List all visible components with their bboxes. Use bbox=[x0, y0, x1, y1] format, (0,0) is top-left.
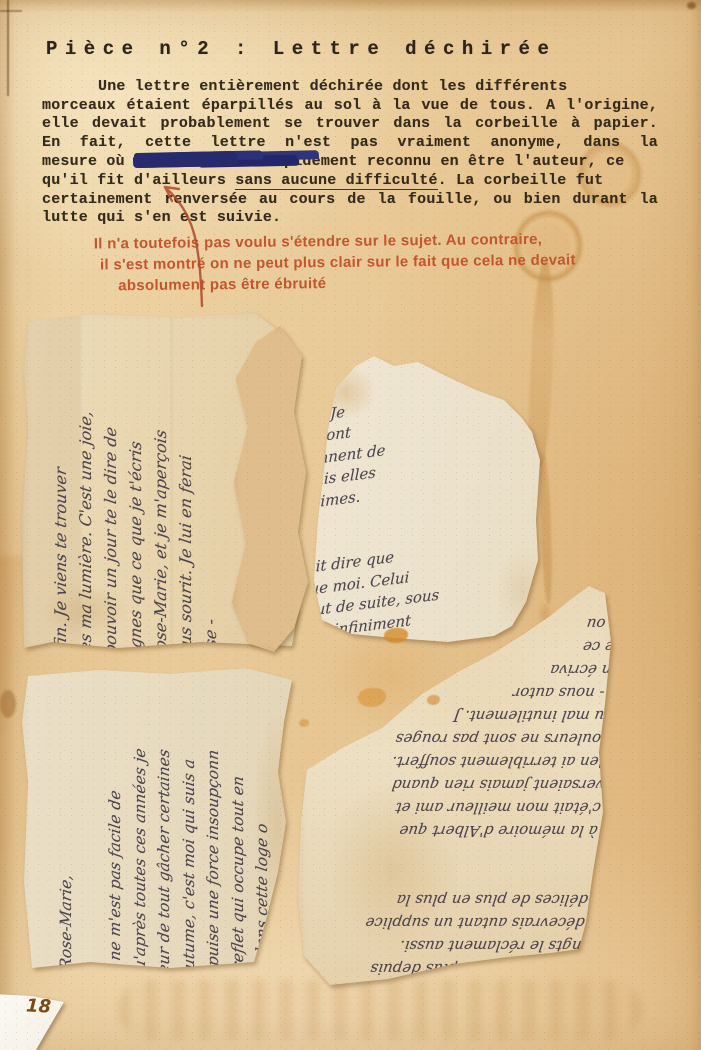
typed-line: lutte qui s'en est suivie. bbox=[42, 209, 658, 228]
typed-text: mesure où bbox=[42, 153, 134, 170]
text-line bbox=[303, 842, 596, 865]
text-line: c'était mon meilleur ami et bbox=[309, 796, 602, 819]
typed-text: . La corbeille fut bbox=[438, 172, 604, 189]
torn-letter-piece-bottom-left: Rose-Marie, Il ne m'est pas facile dequ'… bbox=[20, 662, 312, 980]
text-line: à la mémoire d'Albert que bbox=[306, 819, 599, 842]
handwriting-block-upside-down: ne me suffisent plus depuisngts le récla… bbox=[287, 590, 632, 980]
typed-line: Une lettre entièrement déchirée dont les… bbox=[42, 78, 658, 97]
corner-paper: 18 bbox=[0, 986, 72, 1050]
text-line: j'en ai terriblement souffert. bbox=[316, 750, 609, 773]
text-line: du mal inutilement. J bbox=[322, 704, 615, 727]
page-crease-horizontal bbox=[0, 10, 22, 12]
text-line: ne me suffisent plus depuis bbox=[287, 957, 580, 980]
torn-paper: ne me suffisent plus depuisngts le récla… bbox=[296, 580, 618, 992]
text-line: m bbox=[338, 589, 631, 612]
text-line: se ou bbox=[335, 612, 628, 635]
page-crease-vertical bbox=[7, 0, 9, 96]
text-line: elle devait probablement se trouver dans… bbox=[42, 115, 658, 134]
text-line: pouvoir un jour te le dire de bbox=[98, 323, 123, 657]
typed-text: a rapidement reconnu en être l'auteur, c… bbox=[238, 153, 624, 170]
underlined-phrase: sans aucune difficulté bbox=[235, 172, 437, 190]
text-line: lignes que ce que je t'écris bbox=[123, 327, 148, 661]
text-line: décevrais autant un supplice bbox=[293, 911, 586, 934]
typed-line-redacted: mesure où a rapidement reconnu en être l… bbox=[42, 152, 658, 172]
page-number: 18 bbox=[26, 997, 52, 1016]
text-line: Rose-Marie, et je m'aperçois bbox=[148, 330, 173, 664]
typed-paragraph: Une lettre entièrement déchirée dont les… bbox=[42, 78, 658, 228]
text-line: J'y puise une force insoupçonn bbox=[201, 689, 226, 992]
text-line: coutume, c'est moi qui suis a bbox=[177, 685, 202, 988]
text-line: Rose - bbox=[198, 337, 223, 671]
typed-line-underlined: qu'il fit d'ailleurs sans aucune difficu… bbox=[42, 172, 658, 191]
page-corner: 18 bbox=[0, 986, 72, 1050]
annotation-arrow-icon bbox=[140, 170, 230, 310]
text-line: Rose-Marie, bbox=[54, 668, 79, 971]
text-line: douleurs ne sont pas rouges bbox=[319, 727, 612, 750]
text-line: morceaux étaient éparpillés au sol à la … bbox=[42, 97, 658, 116]
torn-paper: Rose-Marie, Il ne m'est pas facile dequ'… bbox=[20, 662, 312, 980]
book-page: Pièce n°2 : Lettre déchirée Une lettre e… bbox=[0, 0, 701, 1050]
handwriting-block: Rose-Marie, Il ne m'est pas facile dequ'… bbox=[54, 668, 299, 1002]
text-line: Il ne m'est pas facile de bbox=[103, 675, 128, 978]
text-line bbox=[300, 865, 593, 888]
text-line: on reflet qui occupe tout en bbox=[226, 692, 251, 995]
text-line: s - nous autor bbox=[325, 681, 618, 704]
torn-letter-piece-bottom-right: ne me suffisent plus depuisngts le récla… bbox=[296, 580, 618, 992]
text-line: t ici, dans cette loge o bbox=[250, 696, 275, 999]
text-line: nous sourit. Je lui en ferai bbox=[173, 334, 198, 668]
page-title: Pièce n°2 : Lettre déchirée bbox=[46, 40, 556, 59]
text-line bbox=[79, 671, 104, 974]
left-margin-spot bbox=[0, 690, 16, 718]
text-line: délices de plus en plus la bbox=[296, 888, 589, 911]
text-line: es ma lumière. C'est une joie, bbox=[73, 320, 98, 654]
corner-speck bbox=[687, 2, 696, 9]
text-line: fin. Je viens te trouver bbox=[48, 316, 73, 650]
text-line: En fait, cette lettre n'est pas vraiment… bbox=[42, 134, 658, 153]
ink-redaction-scribble bbox=[134, 151, 238, 168]
typed-line: certainement renversée au cours de la fo… bbox=[42, 191, 658, 210]
text-line: de ce bbox=[332, 635, 625, 658]
text-line: versaient jamais rien quand bbox=[312, 773, 605, 796]
text-line: peur de tout gâcher certaines bbox=[152, 682, 177, 985]
typed-lines-block: morceaux étaient éparpillés au sol à la … bbox=[42, 97, 658, 153]
text-line: ngts le réclament aussi. bbox=[290, 934, 583, 957]
text-line: qu'après toutes ces années je bbox=[128, 678, 153, 981]
text-line: en écriva bbox=[329, 658, 622, 681]
